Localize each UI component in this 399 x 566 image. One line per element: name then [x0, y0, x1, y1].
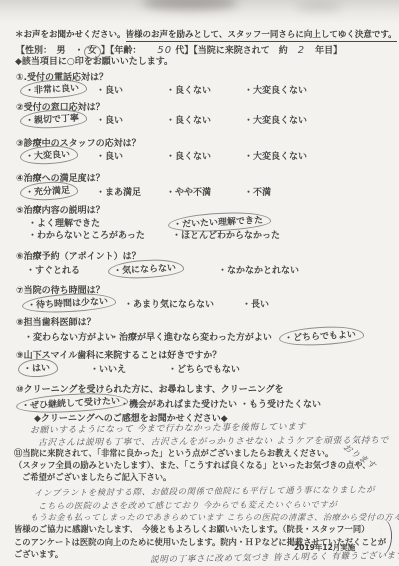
q11-line3: ご希望がございましたらご記入下さい。	[22, 472, 171, 483]
q10-label: ⑩クリーニングを受けられた方に、お尋ねします、クリーニングを	[16, 382, 284, 395]
q3-option-4[interactable]: ・大変良くない	[244, 149, 307, 162]
q5-options-row2: ・わからないところがあった ・ほとんどわからなかった	[0, 228, 399, 241]
q5-option-4[interactable]: ・ほとんどわからなかった	[172, 228, 280, 241]
q11-handwritten-2: こちらの医院のよさを改めて感じており 今からでも変えたいぐらいですが	[38, 498, 337, 512]
years-value: 2	[298, 45, 305, 56]
gender-label: 【性別： 男 ・	[16, 46, 84, 56]
q7-options: ・待ち時間は少ない ・あまり気にならない ・長い	[0, 297, 399, 310]
q4-option-3[interactable]: ・やや不満	[166, 185, 211, 198]
q9-option-1[interactable]: ・はい	[18, 358, 59, 378]
q11-line2: （スタッフ全員の励みといたします）、また、「こうすれば良くなる」といったお気づき…	[14, 460, 371, 471]
q10-option-3[interactable]: ・もう受けたくない	[240, 397, 321, 410]
q3-option-3[interactable]: ・良くない	[166, 149, 211, 162]
intro-prefix: ＊お声をお聞かせください。	[15, 30, 126, 40]
q3-option-2[interactable]: ・良い	[96, 149, 123, 162]
q1-option-3[interactable]: ・良くない	[166, 83, 211, 96]
age-value: 50	[157, 45, 172, 56]
q5-option-3[interactable]: ・わからないところがあった	[28, 228, 145, 241]
questionnaire-page: ＊お声をお聞かせください。皆様のお声を励みとして、スタッフ一同さらに向上してゆく…	[0, 0, 399, 566]
q6-option-1[interactable]: ・すぐとれる	[26, 263, 80, 276]
intro-underlined: 皆様のお声を励みとして、スタッフ一同さらに向上してゆく決意です。	[126, 30, 397, 42]
q1-option-4[interactable]: ・大変良くない	[244, 83, 307, 96]
footer-usage-2: ございます。	[14, 549, 63, 560]
q4-option-4[interactable]: ・不満	[244, 185, 271, 198]
q4-options: ・充分満足 ・まあ満足 ・やや不満 ・不満	[0, 185, 399, 198]
q3-options: ・大変良い ・良い ・良くない ・大変良くない	[0, 149, 399, 162]
q5-label: ⑤治療内容の説明は？	[16, 203, 105, 216]
q8-option-2[interactable]: ・治療が早く進むなら変わった方がよい	[110, 330, 272, 343]
cleaning-handwritten-2: 古沢さんは説明も丁寧で、古沢さんをがっかりさせない ようケアを頑張る気持ちで	[38, 433, 389, 448]
q2-options: ・親切で丁寧 ・良い ・良くない ・大変良くない	[0, 113, 399, 126]
instruction-line: ◆該当項目に○印をお願いいたします。	[15, 57, 173, 68]
q8-label: ⑧担当歯科医師は？	[16, 315, 96, 328]
q11-line1: ⑪当院に来院されて、「非常に良かった」という点がございましたらお教えください。	[14, 448, 333, 459]
age-unit-label: 代】【当院に来院されて 約	[175, 46, 288, 56]
q9-option-3[interactable]: ・どちらでもない	[168, 362, 240, 375]
q10-option-2[interactable]: ・機会があればまた受けたい	[120, 397, 237, 410]
q10-options: ・ぜひ継続して受けたい ・機会があればまた受けたい ・もう受けたくない	[0, 397, 399, 410]
scan-smudge	[296, 2, 342, 11]
footer-handwritten: 説明の丁寧さに改めて気づき 皆さん明るく 有難うございます	[150, 549, 399, 565]
q9-options: ・はい ・いいえ ・どちらでもない	[0, 362, 399, 375]
intro-line: ＊お声をお聞かせください。皆様のお声を励みとして、スタッフ一同さらに向上してゆく…	[15, 28, 397, 40]
q7-option-2[interactable]: ・あまり気にならない	[124, 297, 214, 310]
q6-label: ⑥治療予約（アポイント）は？	[16, 249, 141, 262]
q2-option-4[interactable]: ・大変良くない	[244, 113, 307, 126]
q9-option-2[interactable]: ・いいえ	[90, 362, 126, 375]
q8-options: ・変わらない方がよい ・治療が早く進むなら変わった方がよい ・どちらでもよい	[0, 330, 399, 343]
footer-thanks: 皆様のご協力に感謝いたします、 今後ともよろしくお願いいたします。（院長・スタッ…	[14, 524, 369, 535]
after-gender-label: 】【年齢：	[101, 46, 142, 56]
q11-handwritten-1: インプラントを検討する際、お値段の関係で他院にも平行して通う事になりましたが	[34, 483, 375, 499]
q8-option-1[interactable]: ・変わらない方がよい	[24, 330, 114, 343]
q6-option-3[interactable]: ・なかなかとれない	[218, 263, 299, 276]
q1-options: ・非常に良い ・良い ・良くない ・大変良くない	[0, 83, 399, 96]
q7-option-3[interactable]: ・長い	[242, 297, 269, 310]
q2-option-3[interactable]: ・良くない	[166, 113, 211, 126]
years-unit-label: 年目】	[315, 46, 342, 56]
q2-option-2[interactable]: ・良い	[96, 113, 123, 126]
profile-line: 【性別： 男 ・ 女 】【年齢：50 代】【当院に来院されて 約2年目】	[16, 45, 342, 57]
q6-options: ・すぐとれる ・気にならない ・なかなかとれない	[0, 263, 399, 276]
q8-option-3[interactable]: ・どちらでもよい	[279, 325, 365, 347]
q1-option-2[interactable]: ・良い	[96, 83, 123, 96]
q11-handwritten-3: もうお金も払ってしまったのであきらめています こちらの医院の清潔さ、治療から受付…	[30, 512, 399, 523]
q4-option-2[interactable]: ・まあ満足	[96, 185, 141, 198]
